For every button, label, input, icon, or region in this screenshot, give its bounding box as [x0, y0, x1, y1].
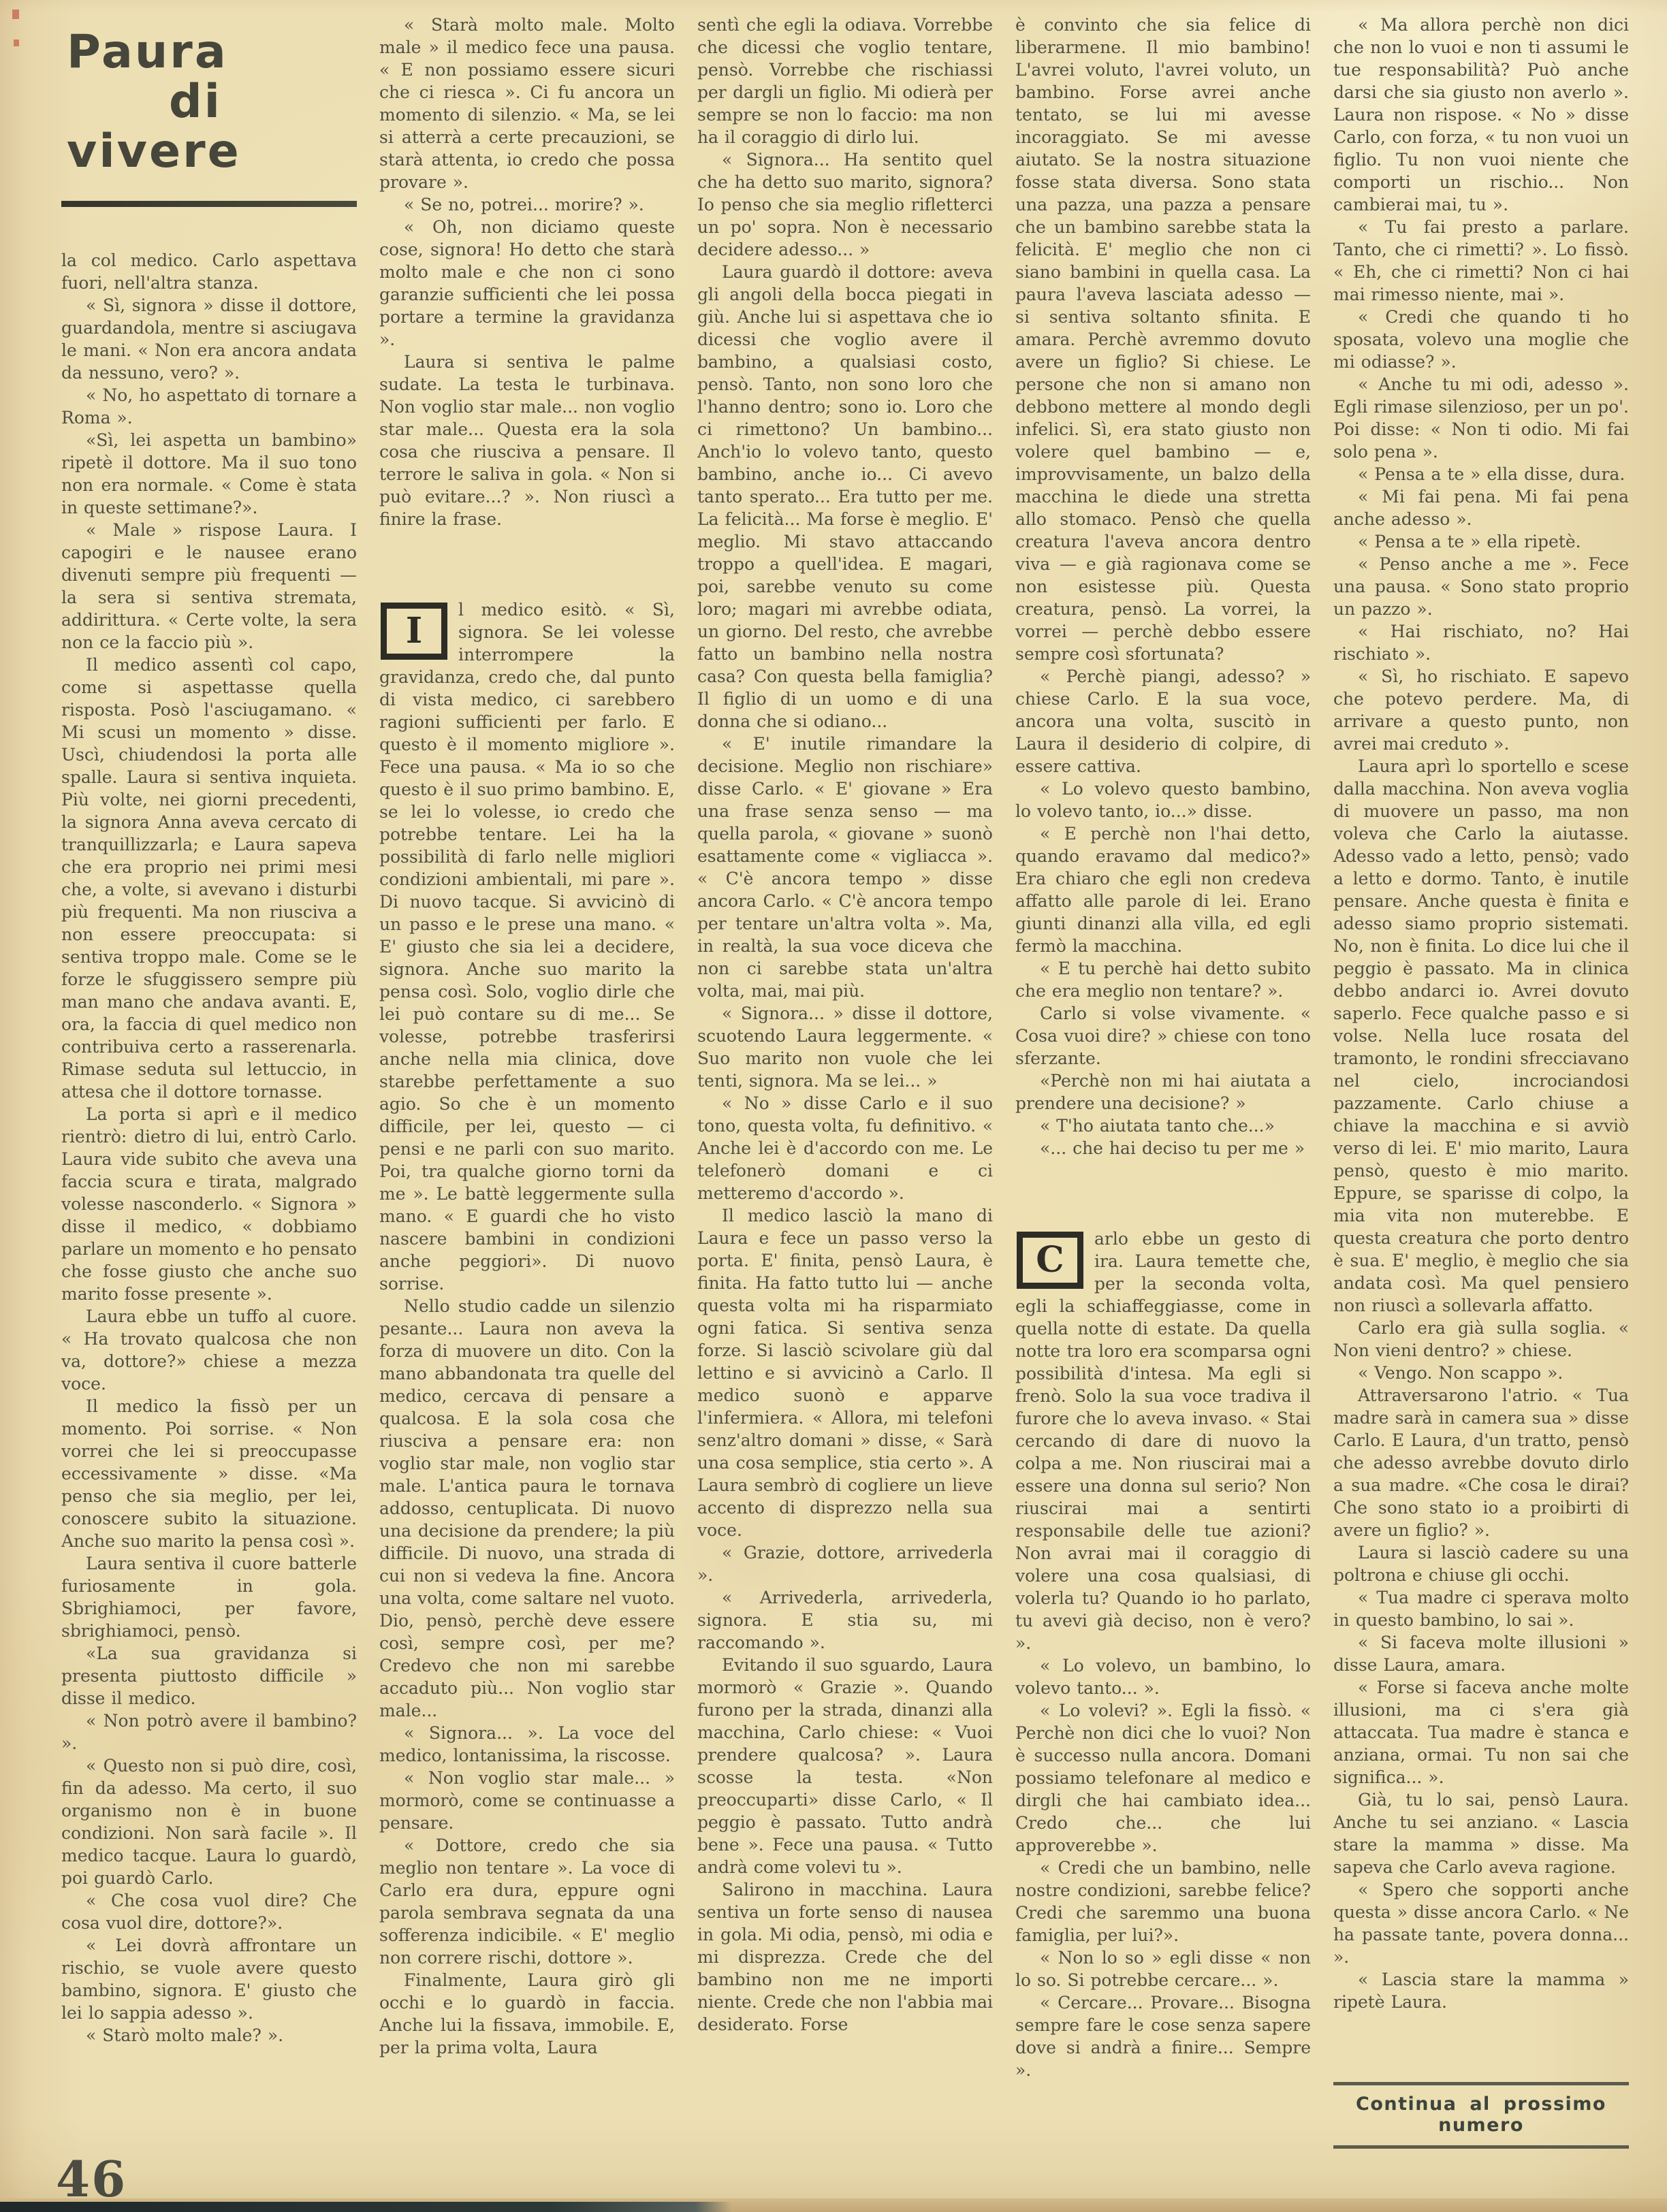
story-paragraph: « Ma allora perchè non dici che non lo v…: [1333, 14, 1629, 216]
print-speck: [12, 10, 19, 19]
story-paragraph: « E' inutile rimandare la decisione. Meg…: [697, 733, 993, 1002]
story-paragraph: « Anche tu mi odi, adesso ». Egli rimase…: [1333, 373, 1629, 463]
story-paragraph: « Grazie, dottore, arrivederla ».: [697, 1541, 993, 1586]
story-paragraph: « No, ho aspettato di tornare a Roma ».: [61, 384, 357, 429]
story-paragraph: « T'ho aiutata tanto che...»: [1015, 1115, 1311, 1137]
story-paragraph: « Signora... » disse il dottore, scuoten…: [697, 1002, 993, 1092]
magazine-page: Paura di vivere la col medico. Carlo asp…: [0, 0, 1667, 2212]
bottom-dark-strip: [0, 2202, 732, 2212]
story-paragraph: « Credi che un bambino, nelle nostre con…: [1015, 1857, 1311, 1946]
story-paragraph: « Credi che quando ti ho sposata, volevo…: [1333, 306, 1629, 373]
story-paragraph: Laura si lasciò cadere su una poltrona e…: [1333, 1541, 1629, 1586]
title-line-1: Paura: [61, 27, 357, 77]
column-2: « Starà molto male. Molto male » il medi…: [379, 14, 675, 2151]
story-paragraph: « No » disse Carlo e il suo tono, questa…: [697, 1092, 993, 1204]
story-paragraph: « Male » rispose Laura. I capogiri e le …: [61, 519, 357, 654]
story-paragraph: « Signora... ». La voce del medico, lont…: [379, 1722, 675, 1767]
story-paragraph: « Pensa a te » ella disse, dura.: [1333, 463, 1629, 485]
story-paragraph: «Sì, lei aspetta un bambino» ripetè il d…: [61, 429, 357, 519]
story-paragraph: Il medico esitò. « Sì, signora. Se lei v…: [379, 598, 675, 1295]
story-paragraph: « Lo volevo, un bambino, lo volevo tanto…: [1015, 1654, 1311, 1699]
story-paragraph: « Lei dovrà affrontare un rischio, se vu…: [61, 1934, 357, 2024]
story-paragraph: Laura aprì lo sportello e scese dalla ma…: [1333, 755, 1629, 1317]
continua-marker: Continua al prossimo numero: [1333, 2082, 1629, 2149]
story-paragraph: Evitando il suo sguardo, Laura mormorò «…: [697, 1654, 993, 1878]
story-paragraph: « Non voglio star male... » mormorò, com…: [379, 1767, 675, 1834]
story-paragraph: « E perchè non l'hai detto, quando erava…: [1015, 822, 1311, 957]
column-3: sentì che egli la odiava. Vorrebbe che d…: [697, 14, 993, 2151]
story-paragraph: Il medico la fissò per un momento. Poi s…: [61, 1395, 357, 1552]
title-rule: [61, 201, 357, 207]
story-paragraph: « Arrivederla, arrivederla, signora. E s…: [697, 1586, 993, 1654]
story-paragraph: « Che cosa vuol dire? Che cosa vuol dire…: [61, 1889, 357, 1934]
story-paragraph: « Mi fai pena. Mi fai pena anche adesso …: [1333, 485, 1629, 530]
column-5-text: « Ma allora perchè non dici che non lo v…: [1333, 14, 1629, 2063]
story-paragraph: Laura sentiva il cuore batterle furiosam…: [61, 1552, 357, 1642]
story-paragraph: « Lascia stare la mamma » ripetè Laura.: [1333, 1968, 1629, 2013]
story-paragraph: « Se no, potrei... morire? ».: [379, 193, 675, 216]
story-paragraph: « Oh, non diciamo queste cose, signora! …: [379, 216, 675, 351]
story-paragraph: « Non lo so » egli disse « non lo so. Si…: [1015, 1946, 1311, 1991]
story-paragraph: « Si faceva molte illusioni » disse Laur…: [1333, 1631, 1629, 1676]
story-paragraph: « Starò molto male? ».: [61, 2024, 357, 2047]
story-paragraph: Il medico assentì col capo, come si aspe…: [61, 654, 357, 1103]
story-paragraph: Il medico lasciò la mano di Laura e fece…: [697, 1204, 993, 1541]
drop-cap: I: [381, 603, 447, 660]
column-4-text: è convinto che sia felice di liberarmene…: [1015, 14, 1311, 2151]
story-paragraph: Laura si sentiva le palme sudate. La tes…: [379, 351, 675, 530]
story-paragraph: Attraversarono l'atrio. « Tua madre sarà…: [1333, 1384, 1629, 1541]
story-paragraph: è convinto che sia felice di liberarmene…: [1015, 14, 1311, 665]
story-paragraph: « Hai rischiato, no? Hai rischiato ».: [1333, 620, 1629, 665]
story-paragraph: Laura ebbe un tuffo al cuore. « Ha trova…: [61, 1305, 357, 1395]
story-paragraph: « Sì, ho rischiato. E sapevo che potevo …: [1333, 665, 1629, 755]
column-1-text: la col medico. Carlo aspettava fuori, ne…: [61, 249, 357, 2128]
story-paragraph: « E tu perchè hai detto subito che era m…: [1015, 957, 1311, 1002]
story-paragraph: « Tua madre ci sperava molto in questo b…: [1333, 1586, 1629, 1631]
story-paragraph: « Spero che sopporti anche questa » diss…: [1333, 1878, 1629, 1968]
story-paragraph: «... che hai deciso tu per me »: [1015, 1137, 1311, 1159]
story-paragraph: « Lo volevo questo bambino, lo volevo ta…: [1015, 778, 1311, 822]
story-title: Paura di vivere: [61, 27, 357, 176]
story-paragraph: « Tu fai presto a parlare. Tanto, che ci…: [1333, 216, 1629, 306]
title-line-3: vivere: [61, 127, 357, 176]
story-paragraph: « Perchè piangi, adesso? » chiese Carlo.…: [1015, 665, 1311, 778]
story-paragraph: « Dottore, credo che sia meglio non tent…: [379, 1834, 675, 1969]
column-5: « Ma allora perchè non dici che non lo v…: [1333, 14, 1629, 2149]
story-paragraph: Già, tu lo sai, pensò Laura. Anche tu se…: [1333, 1789, 1629, 1878]
column-3-text: sentì che egli la odiava. Vorrebbe che d…: [697, 14, 993, 2151]
print-speck: [14, 39, 19, 46]
story-paragraph: La porta si aprì e il medico rientrò: di…: [61, 1103, 357, 1305]
column-4: è convinto che sia felice di liberarmene…: [1015, 14, 1311, 2151]
story-paragraph: «La sua gravidanza si presenta piuttosto…: [61, 1642, 357, 1710]
story-paragraph: « Sì, signora » disse il dottore, guarda…: [61, 294, 357, 384]
story-paragraph: « Non potrò avere il bambino? ».: [61, 1710, 357, 1754]
story-paragraph: Carlo si volse vivamente. « Cosa vuoi di…: [1015, 1002, 1311, 1070]
story-paragraph: la col medico. Carlo aspettava fuori, ne…: [61, 249, 357, 294]
story-paragraph: Laura guardò il dottore: aveva gli angol…: [697, 261, 993, 733]
story-paragraph: sentì che egli la odiava. Vorrebbe che d…: [697, 14, 993, 148]
story-paragraph: Salirono in macchina. Laura sentiva un f…: [697, 1878, 993, 2036]
story-paragraph: « Forse si faceva anche molte illusioni,…: [1333, 1676, 1629, 1789]
story-paragraph: « Vengo. Non scappo ».: [1333, 1362, 1629, 1384]
story-paragraph: Carlo era già sulla soglia. « Non vieni …: [1333, 1317, 1629, 1362]
column-1: Paura di vivere la col medico. Carlo asp…: [61, 27, 357, 2128]
story-paragraph: Finalmente, Laura girò gli occhi e lo gu…: [379, 1969, 675, 2059]
story-paragraph: Nello studio cadde un silenzio pesante..…: [379, 1295, 675, 1722]
story-paragraph: « Signora... Ha sentito quel che ha dett…: [697, 148, 993, 261]
story-paragraph: «Perchè non mi hai aiutata a prendere un…: [1015, 1070, 1311, 1115]
story-paragraph: « Pensa a te » ella ripetè.: [1333, 530, 1629, 553]
story-paragraph: « Questo non si può dire, così, fin da a…: [61, 1754, 357, 1889]
story-paragraph: « Cercare... Provare... Bisogna sempre f…: [1015, 1991, 1311, 2081]
story-paragraph: « Starà molto male. Molto male » il medi…: [379, 14, 675, 193]
drop-cap: C: [1017, 1232, 1083, 1289]
story-paragraph: « Lo volevi? ». Egli la fissò. « Perchè …: [1015, 1699, 1311, 1857]
column-2-text: « Starà molto male. Molto male » il medi…: [379, 14, 675, 2151]
story-paragraph: Carlo ebbe un gesto di ira. Laura temett…: [1015, 1228, 1311, 1654]
title-line-2: di: [61, 77, 357, 127]
story-paragraph: « Penso anche a me ». Fece una pausa. « …: [1333, 553, 1629, 620]
